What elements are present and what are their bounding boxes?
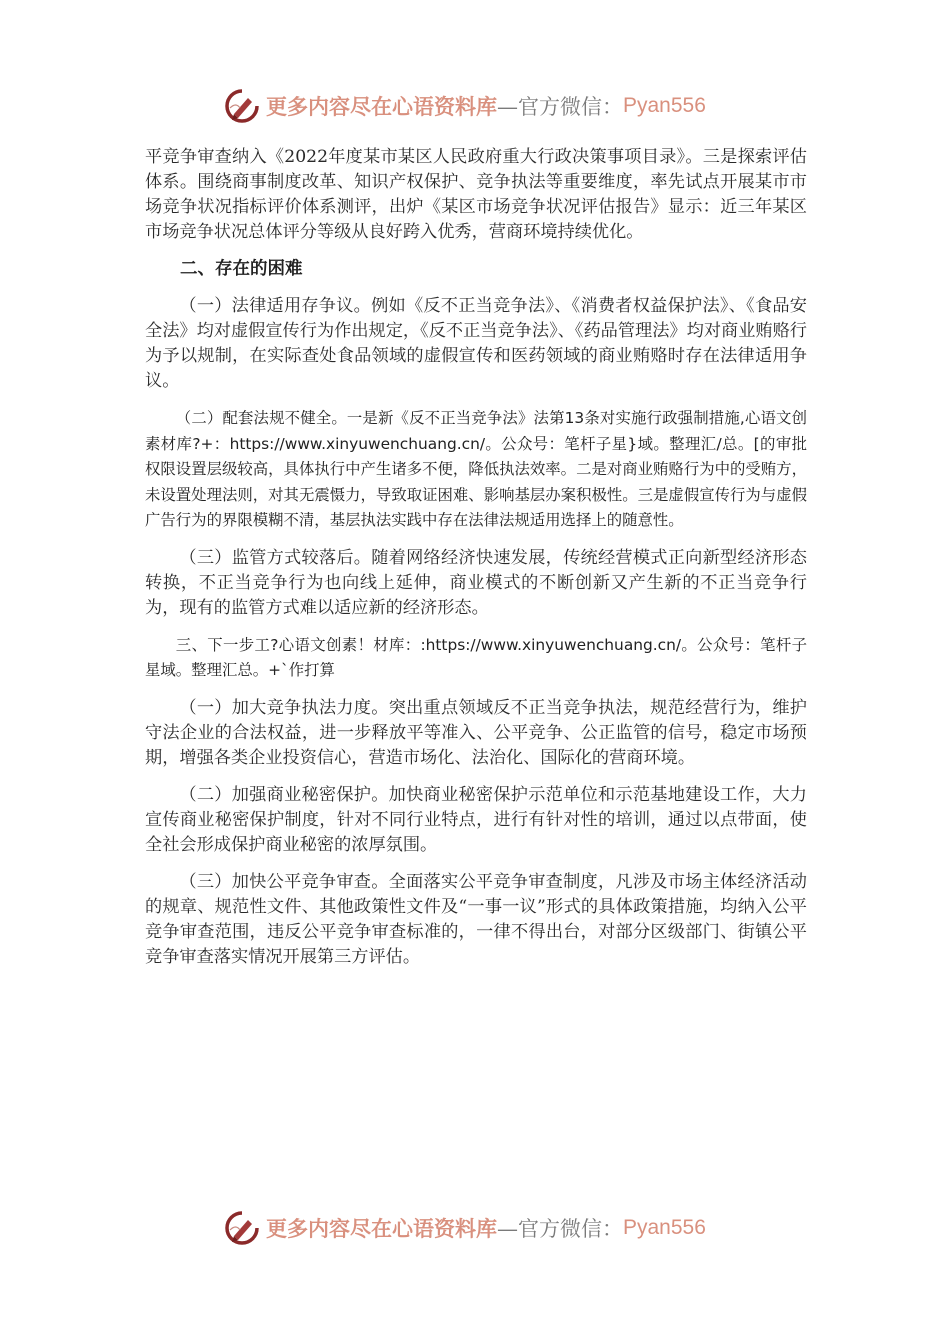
banner-wechat-id: Pyan556	[623, 1216, 706, 1240]
document-body: 平竞争审查纳入《2022年度某市某区人民政府重大行政决策事项目录》。三是探索评估…	[145, 145, 807, 982]
pen-nib-logo-icon	[224, 88, 260, 124]
section-heading-next-steps: 三、下一步工?心语文创素！材库：:https://www.xinyuwenchu…	[145, 633, 807, 684]
header-banner: 更多内容尽在心语资料库 —官方微信： Pyan556	[224, 86, 706, 126]
paragraph-fair-competition-review: （三）加快公平竞争审查。全面落实公平竞争审查制度，凡涉及市场主体经济活动的规章、…	[145, 870, 807, 970]
banner-main-text: 更多内容尽在心语资料库	[266, 91, 497, 121]
banner-separator-text: —官方微信：	[497, 1213, 623, 1243]
paragraph-legal-dispute: （一）法律适用存争议。例如《反不正当竞争法》、《消费者权益保护法》、《食品安全法…	[145, 294, 807, 394]
banner-separator-text: —官方微信：	[497, 91, 623, 121]
banner-wechat-id: Pyan556	[623, 94, 706, 118]
paragraph-continued-intro: 平竞争审查纳入《2022年度某市某区人民政府重大行政决策事项目录》。三是探索评估…	[145, 145, 807, 245]
banner-main-text: 更多内容尽在心语资料库	[266, 1213, 497, 1243]
paragraph-enforcement: （一）加大竞争执法力度。突出重点领域反不正当竞争执法，规范经营行为，维护守法企业…	[145, 696, 807, 771]
section-heading-difficulties: 二、存在的困难	[145, 257, 807, 282]
paragraph-supervision-outdated: （三）监管方式较落后。随着网络经济快速发展，传统经营模式正向新型经济形态转换，不…	[145, 546, 807, 621]
paragraph-trade-secrets: （二）加强商业秘密保护。加快商业秘密保护示范单位和示范基地建设工作，大力宣传商业…	[145, 783, 807, 858]
footer-banner: 更多内容尽在心语资料库 —官方微信： Pyan556	[224, 1208, 706, 1248]
paragraph-regulations-incomplete: （二）配套法规不健全。一是新《反不正当竞争法》法第13条对实施行政强制措施,心语…	[145, 406, 807, 534]
pen-nib-logo-icon	[224, 1210, 260, 1246]
